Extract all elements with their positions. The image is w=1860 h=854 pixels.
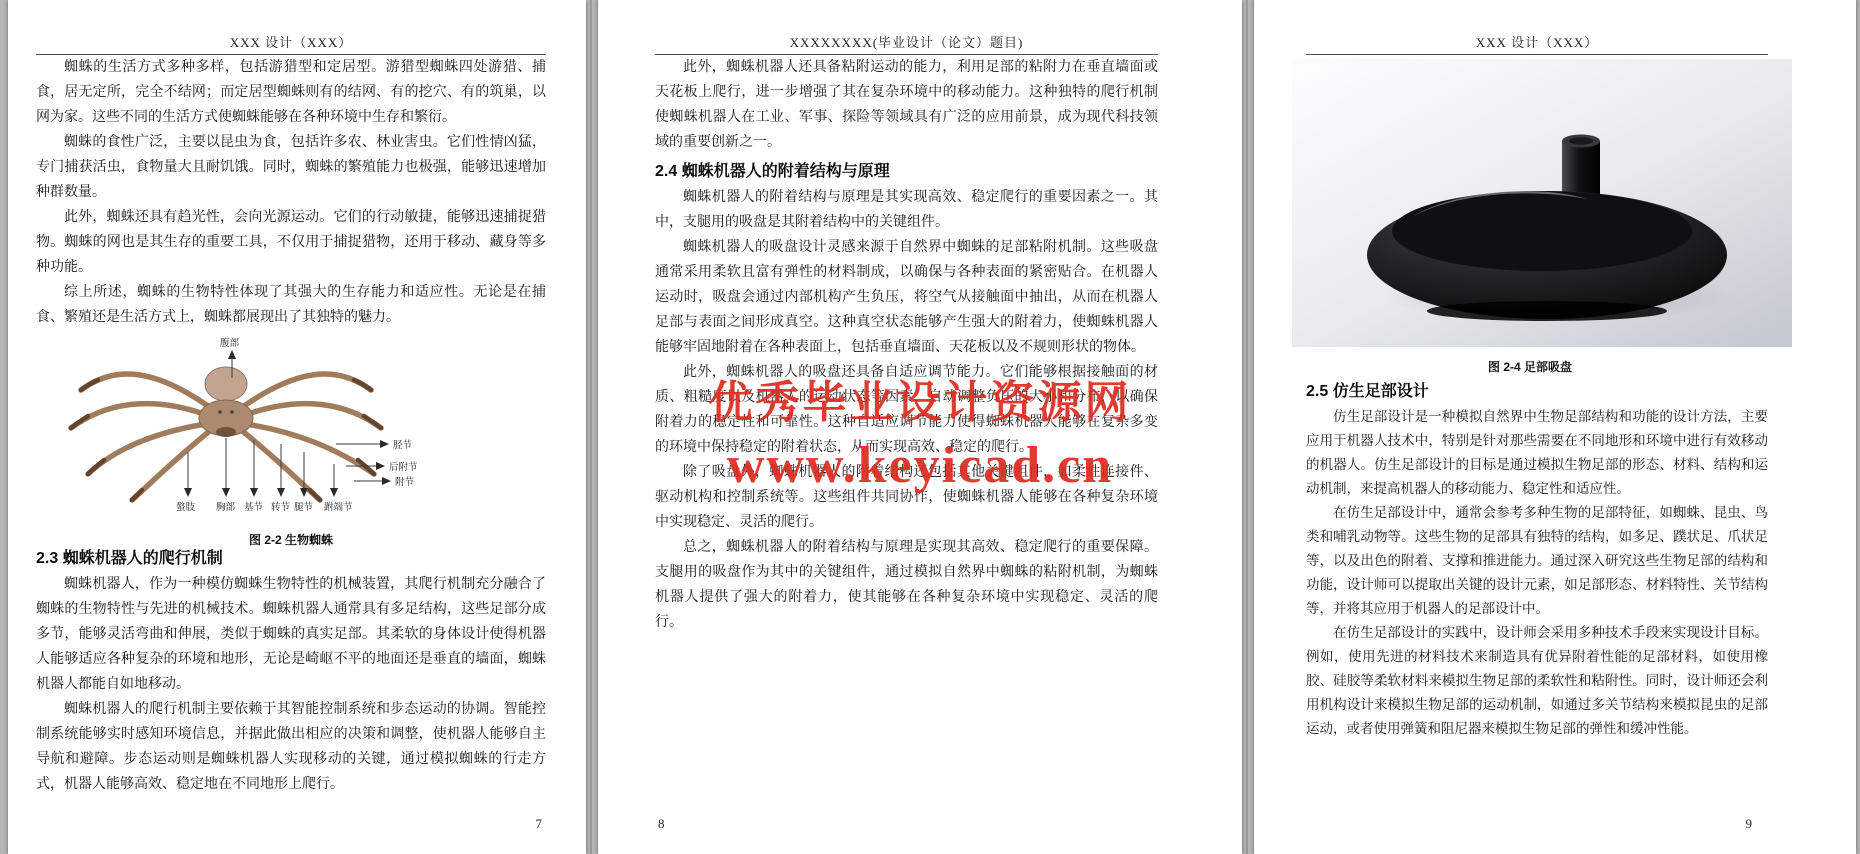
- section-heading-2-4: 2.4 蜘蛛机器人的附着结构与原理: [655, 161, 1158, 183]
- spider-figure: 腹部 胫节 后附节 附节 螯肢 胸部 基节 转节 腿节 跗端节 图 2-2 生物…: [36, 332, 546, 542]
- label-tarsus: 附节: [395, 476, 415, 488]
- label-trochanter: 转节: [271, 501, 291, 513]
- figure-caption: 图 2-2 生物蜘蛛: [36, 531, 546, 548]
- paragraph: 蜘蛛机器人的附着结构与原理是其实现高效、稳定爬行的重要因素之一。其中，支腿用的吸…: [655, 185, 1158, 235]
- page-number: 8: [658, 816, 665, 832]
- section-heading-2-5: 2.5 仿生足部设计: [1306, 381, 1768, 403]
- label-coxa: 基节: [244, 501, 264, 513]
- paragraph: 仿生足部设计是一种模拟自然界中生物足部结构和功能的设计方法，主要应用于机器人技术…: [1306, 405, 1768, 501]
- paragraph: 总之，蜘蛛机器人的附着结构与原理是实现其高效、稳定爬行的重要保障。支腿用的吸盘作…: [655, 535, 1158, 635]
- page-header: XXX 设计（XXX）: [1306, 32, 1768, 55]
- paragraph: 除了吸盘外，蜘蛛机器人的附着结构还包括其他关键组件，如柔性连接件、驱动机构和控制…: [655, 460, 1158, 535]
- label-tibia: 胫节: [393, 439, 413, 451]
- page-gap-divider: [1246, 0, 1248, 854]
- page-header-text: XXX 设计（XXX）: [1476, 35, 1599, 50]
- suction-cup-figure: 图 2-4 足部吸盘: [1292, 59, 1768, 375]
- paragraph: 此外，蜘蛛还具有趋光性，会向光源运动。它们的行动敏捷，能够迅速捕捉猎物。蜘蛛的网…: [36, 205, 546, 280]
- paragraph: 在仿生足部设计的实践中，设计师会采用多种技术手段来实现设计目标。例如，使用先进的…: [1306, 621, 1768, 741]
- paragraph: 蜘蛛机器人的吸盘设计灵感来源于自然界中蜘蛛的足部粘附机制。这些吸盘通常采用柔软且…: [655, 235, 1158, 360]
- page-number: 7: [536, 816, 543, 832]
- suction-cup-render: [1292, 59, 1792, 347]
- page-9-body: 仿生足部设计是一种模拟自然界中生物足部结构和功能的设计方法，主要应用于机器人技术…: [1306, 405, 1768, 741]
- paragraph: 在仿生足部设计中，通常会参考多种生物的足部特征，如蜘蛛、昆虫、鸟类和哺乳动物等。…: [1306, 501, 1768, 621]
- page-header: XXXXXXXX(毕业设计（论文）题目): [655, 32, 1158, 55]
- page-8-body-2: 蜘蛛机器人的附着结构与原理是其实现高效、稳定爬行的重要因素之一。其中，支腿用的吸…: [655, 185, 1158, 635]
- page-7-body-2: 蜘蛛机器人，作为一种模仿蜘蛛生物特性的机械装置，其爬行机制充分融合了蜘蛛的生物特…: [36, 572, 546, 797]
- page-header: XXX 设计（XXX）: [36, 32, 546, 55]
- spider-illustration: 腹部 胫节 后附节 附节 螯肢 胸部 基节 转节 腿节 跗端节: [36, 332, 546, 524]
- section-heading-2-3: 2.3 蜘蛛机器人的爬行机制: [36, 548, 546, 570]
- page-9: XXX 设计（XXX）: [1254, 0, 1856, 854]
- label-femur: 腿节: [294, 501, 314, 513]
- page-7: XXX 设计（XXX） 蜘蛛的生活方式多种多样，包括游猎型和定居型。游猎型蜘蛛四…: [8, 0, 586, 854]
- page-7-body: 蜘蛛的生活方式多种多样，包括游猎型和定居型。游猎型蜘蛛四处游猎、捕食，居无定所，…: [36, 55, 546, 330]
- paragraph: 蜘蛛的食性广泛，主要以昆虫为食，包括许多农、林业害虫。它们性情凶猛，专门捕获活虫…: [36, 130, 546, 205]
- paragraph: 综上所述，蜘蛛的生物特性体现了其强大的生存能力和适应性。无论是在捕食、繁殖还是生…: [36, 280, 546, 330]
- label-thorax: 胸部: [216, 501, 236, 513]
- label-abdomen: 腹部: [220, 337, 240, 349]
- paragraph: 此外，蜘蛛机器人还具备粘附运动的能力，利用足部的粘附力在垂直墙面或天花板上爬行，…: [655, 55, 1158, 155]
- page-8: XXXXXXXX(毕业设计（论文）题目) 此外，蜘蛛机器人还具备粘附运动的能力，…: [598, 0, 1242, 854]
- page-gap-divider: [590, 0, 592, 854]
- paragraph: 蜘蛛机器人的爬行机制主要依赖于其智能控制系统和步态运动的协调。智能控制系统能够实…: [36, 697, 546, 797]
- page-8-body: 此外，蜘蛛机器人还具备粘附运动的能力，利用足部的粘附力在垂直墙面或天花板上爬行，…: [655, 55, 1158, 155]
- paragraph: 蜘蛛的生活方式多种多样，包括游猎型和定居型。游猎型蜘蛛四处游猎、捕食，居无定所，…: [36, 55, 546, 130]
- page-header-text: XXX 设计（XXX）: [230, 35, 353, 50]
- label-pretarsus: 跗端节: [324, 501, 353, 513]
- paragraph: 蜘蛛机器人，作为一种模仿蜘蛛生物特性的机械装置，其爬行机制充分融合了蜘蛛的生物特…: [36, 572, 546, 697]
- figure-caption: 图 2-4 足部吸盘: [1292, 358, 1768, 375]
- page-number: 9: [1746, 816, 1753, 832]
- page-header-text: XXXXXXXX(毕业设计（论文）题目): [790, 35, 1024, 50]
- label-chelicerae: 螯肢: [176, 501, 196, 513]
- paragraph: 此外，蜘蛛机器人的吸盘还具备自适应调节能力。它们能够根据接触面的材质、粗糙度以及…: [655, 360, 1158, 460]
- label-metatarsus: 后附节: [389, 461, 418, 473]
- spider-body: [199, 367, 253, 437]
